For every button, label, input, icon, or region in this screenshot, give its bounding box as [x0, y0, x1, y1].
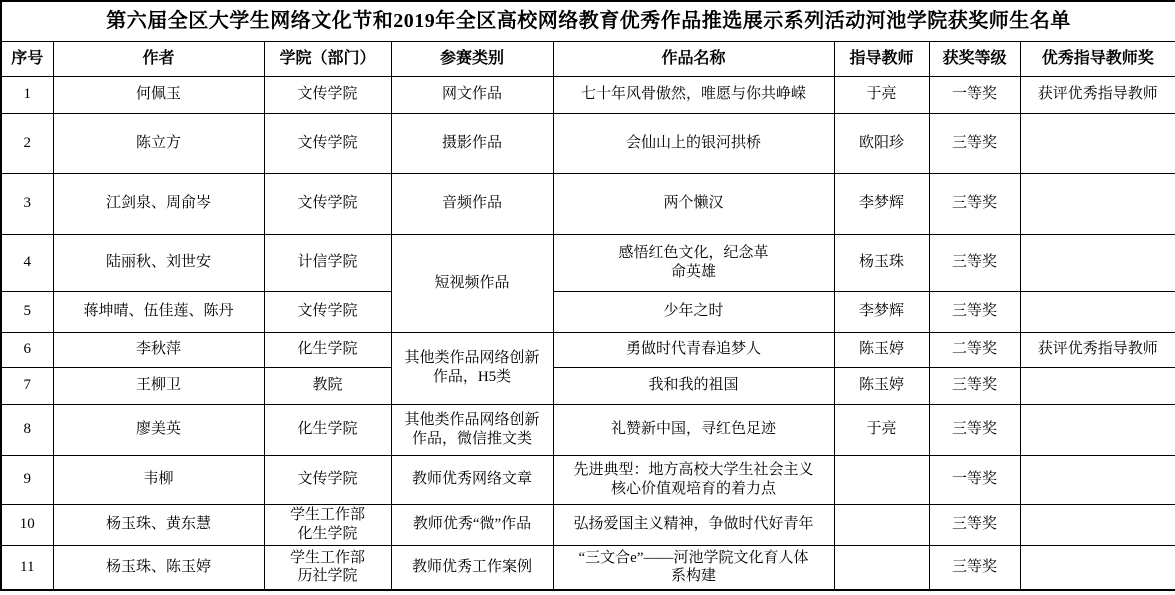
table-row: 2 陈立方 文传学院 摄影作品 会仙山上的银河拱桥 欧阳珍 三等奖 — [1, 113, 1175, 173]
cell-honor — [1020, 545, 1175, 590]
cell-no: 3 — [1, 173, 53, 234]
table-row: 9 韦柳 文传学院 教师优秀网络文章 先进典型：地方高校大学生社会主义 核心价值… — [1, 455, 1175, 504]
cell-advisor: 杨玉珠 — [834, 234, 929, 291]
cell-work-line2: 核心价值观培育的着力点 — [557, 480, 831, 499]
cell-no: 4 — [1, 234, 53, 291]
cell-advisor: 于亮 — [834, 404, 929, 455]
cell-dept: 文传学院 — [264, 76, 391, 113]
cell-no: 11 — [1, 545, 53, 590]
cell-award: 一等奖 — [929, 76, 1020, 113]
cell-category: 教师优秀“微”作品 — [391, 504, 553, 545]
cell-dept: 教院 — [264, 367, 391, 404]
cell-work: 勇做时代青春追梦人 — [553, 332, 834, 367]
cell-work-line1: “三文合e”——河池学院文化育人体 — [579, 550, 809, 566]
column-header-work: 作品名称 — [553, 41, 834, 76]
cell-author: 王柳卫 — [53, 367, 264, 404]
cell-category: 网文作品 — [391, 76, 553, 113]
cell-dept-line1: 学生工作部 — [290, 550, 365, 566]
cell-category: 短视频作品 — [391, 234, 553, 332]
cell-dept: 计信学院 — [264, 234, 391, 291]
cell-advisor — [834, 545, 929, 590]
cell-dept: 文传学院 — [264, 455, 391, 504]
cell-work: 少年之时 — [553, 291, 834, 332]
cell-work: 我和我的祖国 — [553, 367, 834, 404]
cell-dept: 文传学院 — [264, 173, 391, 234]
cell-honor: 获评优秀指导教师 — [1020, 332, 1175, 367]
title-row: 第六届全区大学生网络文化节和2019年全区高校网络教育优秀作品推选展示系列活动河… — [1, 1, 1175, 41]
table-row: 8 廖美英 化生学院 其他类作品网络创新 作品，微信推文类 礼赞新中国，寻红色足… — [1, 404, 1175, 455]
column-header-author: 作者 — [53, 41, 264, 76]
cell-dept: 化生学院 — [264, 404, 391, 455]
cell-category-line2: 作品，微信推文类 — [395, 430, 550, 449]
cell-category: 教师优秀网络文章 — [391, 455, 553, 504]
cell-work: “三文合e”——河池学院文化育人体 系构建 — [553, 545, 834, 590]
cell-work: 弘扬爱国主义精神，争做时代好青年 — [553, 504, 834, 545]
header-row: 序号 作者 学院（部门） 参赛类别 作品名称 指导教师 获奖等级 优秀指导教师奖 — [1, 41, 1175, 76]
table-row: 1 何佩玉 文传学院 网文作品 七十年风骨傲然，唯愿与你共峥嵘 于亮 一等奖 获… — [1, 76, 1175, 113]
table-row: 11 杨玉珠、陈玉婷 学生工作部 历社学院 教师优秀工作案例 “三文合e”——河… — [1, 545, 1175, 590]
award-list-table: 第六届全区大学生网络文化节和2019年全区高校网络教育优秀作品推选展示系列活动河… — [0, 0, 1175, 591]
cell-author: 江剑泉、周俞岑 — [53, 173, 264, 234]
cell-work: 感悟红色文化，纪念革 命英雄 — [553, 234, 834, 291]
cell-advisor — [834, 455, 929, 504]
table-row: 5 蒋坤晴、伍佳莲、陈丹 文传学院 少年之时 李梦辉 三等奖 — [1, 291, 1175, 332]
cell-no: 9 — [1, 455, 53, 504]
cell-author: 陆丽秋、刘世安 — [53, 234, 264, 291]
cell-category: 教师优秀工作案例 — [391, 545, 553, 590]
cell-no: 6 — [1, 332, 53, 367]
cell-author: 陈立方 — [53, 113, 264, 173]
cell-dept: 学生工作部 历社学院 — [264, 545, 391, 590]
cell-category: 音频作品 — [391, 173, 553, 234]
cell-author: 杨玉珠、黄东慧 — [53, 504, 264, 545]
table-row: 3 江剑泉、周俞岑 文传学院 音频作品 两个懒汉 李梦辉 三等奖 — [1, 173, 1175, 234]
column-header-advisor: 指导教师 — [834, 41, 929, 76]
cell-honor — [1020, 291, 1175, 332]
cell-advisor: 陈玉婷 — [834, 332, 929, 367]
cell-award: 三等奖 — [929, 113, 1020, 173]
cell-award: 三等奖 — [929, 404, 1020, 455]
page-title: 第六届全区大学生网络文化节和2019年全区高校网络教育优秀作品推选展示系列活动河… — [1, 1, 1175, 41]
table-row: 4 陆丽秋、刘世安 计信学院 短视频作品 感悟红色文化，纪念革 命英雄 杨玉珠 … — [1, 234, 1175, 291]
cell-dept-line2: 历社学院 — [268, 567, 388, 586]
cell-honor — [1020, 113, 1175, 173]
cell-award: 三等奖 — [929, 173, 1020, 234]
table-row: 6 李秋萍 化生学院 其他类作品网络创新 作品，H5类 勇做时代青春追梦人 陈玉… — [1, 332, 1175, 367]
cell-advisor: 于亮 — [834, 76, 929, 113]
cell-no: 1 — [1, 76, 53, 113]
cell-category-line1: 其他类作品网络创新 — [404, 412, 539, 428]
cell-award: 三等奖 — [929, 367, 1020, 404]
cell-author: 何佩玉 — [53, 76, 264, 113]
cell-no: 2 — [1, 113, 53, 173]
cell-category: 摄影作品 — [391, 113, 553, 173]
cell-honor — [1020, 234, 1175, 291]
cell-advisor: 陈玉婷 — [834, 367, 929, 404]
cell-work-line1: 先进典型：地方高校大学生社会主义 — [573, 462, 813, 478]
cell-category: 其他类作品网络创新 作品，H5类 — [391, 332, 553, 404]
cell-dept: 化生学院 — [264, 332, 391, 367]
cell-no: 5 — [1, 291, 53, 332]
cell-category-line2: 作品，H5类 — [395, 368, 550, 387]
cell-advisor: 李梦辉 — [834, 291, 929, 332]
cell-award: 三等奖 — [929, 291, 1020, 332]
cell-no: 7 — [1, 367, 53, 404]
column-header-category: 参赛类别 — [391, 41, 553, 76]
cell-work: 礼赞新中国，寻红色足迹 — [553, 404, 834, 455]
table-row: 7 王柳卫 教院 我和我的祖国 陈玉婷 三等奖 — [1, 367, 1175, 404]
cell-award: 二等奖 — [929, 332, 1020, 367]
cell-dept: 文传学院 — [264, 113, 391, 173]
cell-no: 8 — [1, 404, 53, 455]
column-header-dept: 学院（部门） — [264, 41, 391, 76]
cell-dept-line2: 化生学院 — [268, 525, 388, 544]
column-header-award: 获奖等级 — [929, 41, 1020, 76]
cell-award: 一等奖 — [929, 455, 1020, 504]
cell-honor — [1020, 504, 1175, 545]
cell-work-line1: 感悟红色文化，纪念革 — [618, 245, 768, 261]
cell-work: 七十年风骨傲然，唯愿与你共峥嵘 — [553, 76, 834, 113]
cell-dept-line1: 学生工作部 — [290, 507, 365, 523]
cell-work: 两个懒汉 — [553, 173, 834, 234]
cell-category-line1: 其他类作品网络创新 — [404, 350, 539, 366]
cell-no: 10 — [1, 504, 53, 545]
column-header-honor: 优秀指导教师奖 — [1020, 41, 1175, 76]
cell-author: 蒋坤晴、伍佳莲、陈丹 — [53, 291, 264, 332]
cell-award: 三等奖 — [929, 504, 1020, 545]
cell-award: 三等奖 — [929, 545, 1020, 590]
table-row: 10 杨玉珠、黄东慧 学生工作部 化生学院 教师优秀“微”作品 弘扬爱国主义精神… — [1, 504, 1175, 545]
cell-work-line2: 系构建 — [557, 567, 831, 586]
cell-advisor: 李梦辉 — [834, 173, 929, 234]
cell-author: 杨玉珠、陈玉婷 — [53, 545, 264, 590]
cell-honor — [1020, 404, 1175, 455]
cell-dept: 文传学院 — [264, 291, 391, 332]
cell-work: 先进典型：地方高校大学生社会主义 核心价值观培育的着力点 — [553, 455, 834, 504]
column-header-no: 序号 — [1, 41, 53, 76]
cell-award: 三等奖 — [929, 234, 1020, 291]
cell-advisor: 欧阳珍 — [834, 113, 929, 173]
cell-honor: 获评优秀指导教师 — [1020, 76, 1175, 113]
cell-advisor — [834, 504, 929, 545]
cell-author: 廖美英 — [53, 404, 264, 455]
cell-author: 李秋萍 — [53, 332, 264, 367]
cell-category: 其他类作品网络创新 作品，微信推文类 — [391, 404, 553, 455]
cell-honor — [1020, 455, 1175, 504]
cell-author: 韦柳 — [53, 455, 264, 504]
cell-honor — [1020, 173, 1175, 234]
cell-work: 会仙山上的银河拱桥 — [553, 113, 834, 173]
cell-dept: 学生工作部 化生学院 — [264, 504, 391, 545]
cell-work-line2: 命英雄 — [557, 263, 831, 282]
cell-honor — [1020, 367, 1175, 404]
